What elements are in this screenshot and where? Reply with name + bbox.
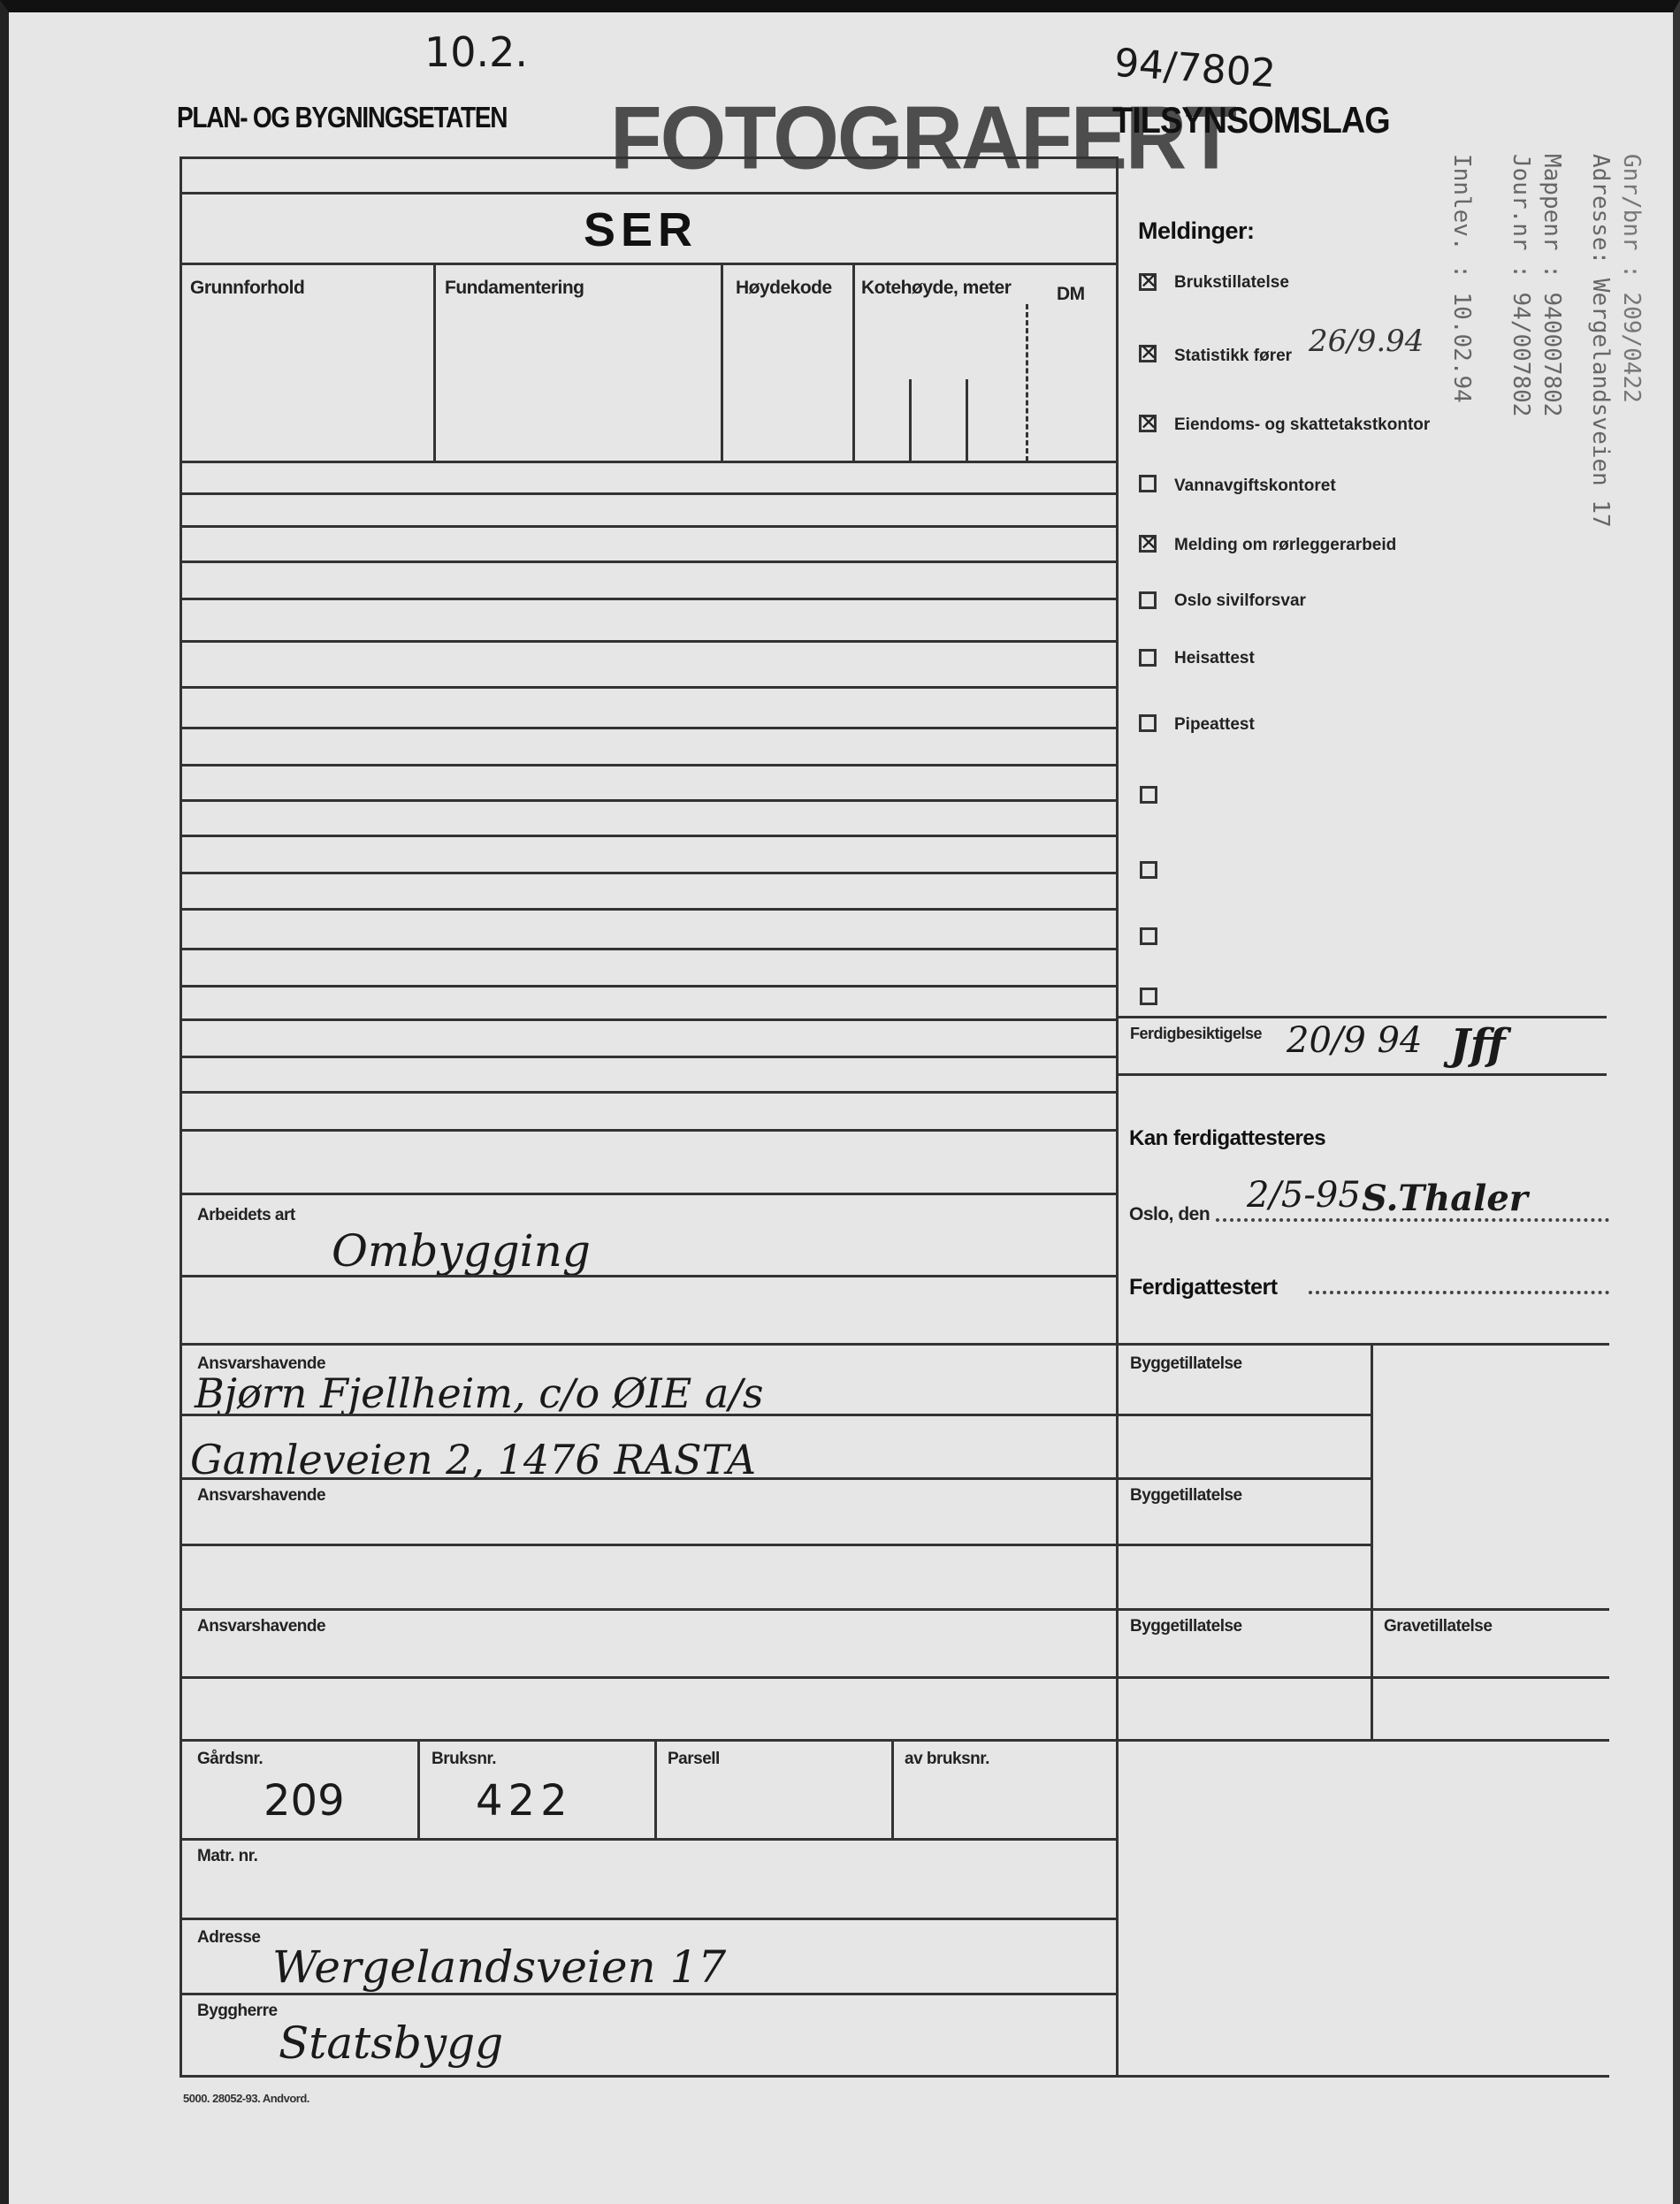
- matr-nr-label: Matr. nr.: [197, 1847, 257, 1866]
- byggetillatelse-1-label: Byggetillatelse: [1130, 1354, 1242, 1374]
- checkbox-vannavgift[interactable]: [1139, 475, 1157, 492]
- vertical-adresse: Adresse: Wergelandsveien 17: [1587, 154, 1614, 528]
- kan-ferdigattesteres-label: Kan ferdigattesteres: [1129, 1126, 1325, 1151]
- gardsnr-value[interactable]: 209: [263, 1776, 345, 1826]
- meldinger-title: Meldinger:: [1138, 217, 1255, 245]
- dm-label: DM: [1057, 284, 1085, 305]
- av-bruksnr-label: av bruksnr.: [905, 1750, 989, 1769]
- ferdigattesteres-signature: S.Thaler: [1362, 1178, 1528, 1219]
- checkbox-blank-4[interactable]: [1140, 988, 1157, 1005]
- ferdigattestert-label: Ferdigattestert: [1129, 1275, 1278, 1300]
- checkbox-rorlegger[interactable]: [1139, 535, 1157, 553]
- ferdigbesiktigelse-date[interactable]: 20/9 94: [1287, 1020, 1422, 1061]
- ansvarshavende-1-line1[interactable]: Bjørn Fjellheim, c/o ØIE a/s: [195, 1369, 763, 1417]
- checkbox-eiendoms[interactable]: [1139, 415, 1157, 432]
- ansvarshavende-2-label: Ansvarshavende: [197, 1486, 325, 1506]
- checkbox-brukstillatelse[interactable]: [1139, 273, 1157, 291]
- ferdigattesteres-date[interactable]: 2/5-95: [1247, 1175, 1361, 1216]
- label-rorlegger: Melding om rørleggerarbeid: [1174, 536, 1396, 555]
- label-statistikk: Statistikk fører: [1174, 347, 1292, 366]
- checkbox-heisattest[interactable]: [1139, 649, 1157, 667]
- label-eiendoms: Eiendoms- og skattetakstkontoret: [1174, 416, 1431, 435]
- label-heisattest: Heisattest: [1174, 649, 1255, 668]
- label-pipeattest: Pipeattest: [1174, 715, 1255, 735]
- ferdigbesiktigelse-label: Ferdigbesiktigelse: [1130, 1025, 1262, 1043]
- checkbox-statistikk[interactable]: [1139, 345, 1157, 362]
- label-sivilforsvar: Oslo sivilforsvar: [1174, 591, 1306, 611]
- bruksnr-label: Bruksnr.: [431, 1750, 496, 1769]
- checkbox-blank-2[interactable]: [1140, 861, 1157, 879]
- checkbox-blank-1[interactable]: [1140, 786, 1157, 804]
- label-brukstillatelse: Brukstillatelse: [1174, 273, 1289, 293]
- arbeidets-art-label: Arbeidets art: [197, 1206, 295, 1225]
- checkbox-blank-3[interactable]: [1140, 927, 1157, 945]
- oslo-den-label: Oslo, den: [1129, 1204, 1210, 1225]
- ansvarshavende-3-label: Ansvarshavende: [197, 1617, 325, 1636]
- vertical-innlev: Innlev. : 10.02.94: [1448, 154, 1475, 403]
- print-code: 5000. 28052-93. Andvord.: [183, 2092, 309, 2105]
- arbeidets-art-value[interactable]: Ombygging: [332, 1225, 591, 1277]
- vertical-gnr-bnr: Gnr/bnr : 209/0422: [1618, 154, 1645, 403]
- form-title: TILSYNSOMSLAG: [1112, 99, 1390, 141]
- byggherre-label: Byggherre: [197, 2002, 278, 2021]
- bruksnr-value[interactable]: 422: [476, 1776, 573, 1826]
- gravetillatelse-label: Gravetillatelse: [1384, 1617, 1492, 1636]
- adresse-label: Adresse: [197, 1928, 261, 1948]
- byggetillatelse-3-label: Byggetillatelse: [1130, 1617, 1242, 1636]
- checkbox-sivilforsvar[interactable]: [1139, 591, 1157, 609]
- byggetillatelse-2-label: Byggetillatelse: [1130, 1486, 1242, 1506]
- ansvarshavende-1-line2[interactable]: Gamleveien 2, 1476 RASTA: [190, 1436, 756, 1483]
- ferdigbesiktigelse-signature: Jff: [1450, 1020, 1505, 1070]
- handwritten-ref: 10.2.: [424, 28, 528, 76]
- adresse-value[interactable]: Wergelandsveien 17: [272, 1941, 726, 1993]
- document-page: 10.2. 94/7802 PLAN- OG BYGNINGSETATEN FO…: [0, 0, 1680, 2204]
- kotehoyde-label: Kotehøyde, meter: [861, 278, 1011, 299]
- vertical-journr: Jour.nr : 94/007802: [1508, 154, 1534, 416]
- agency-name: PLAN- OG BYGNINGSETATEN: [177, 101, 507, 134]
- byggherre-value[interactable]: Statsbygg: [279, 2017, 503, 2069]
- fundamentering-label: Fundamentering: [445, 278, 584, 299]
- statistikk-date: 26/9.94: [1309, 324, 1424, 359]
- parsell-label: Parsell: [668, 1750, 720, 1769]
- label-vannavgift: Vannavgiftskontoret: [1174, 477, 1336, 496]
- grunnforhold-label: Grunnforhold: [190, 278, 304, 299]
- vertical-mappenr: Mappenr : 940007802: [1539, 154, 1565, 416]
- checkbox-pipeattest[interactable]: [1139, 714, 1157, 732]
- section-title: SER: [584, 202, 698, 257]
- gardsnr-label: Gårdsnr.: [197, 1750, 263, 1769]
- hoydekode-label: Høydekode: [736, 278, 832, 299]
